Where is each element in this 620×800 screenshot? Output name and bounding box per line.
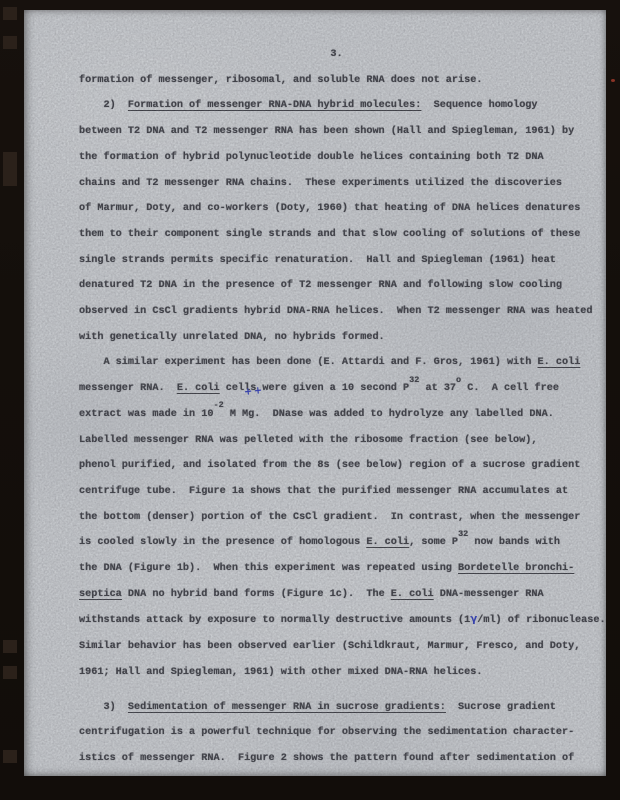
text-line: centrifugation is a powerful technique f…	[79, 720, 594, 746]
text-line: denatured T2 DNA in the presence of T2 m…	[79, 273, 594, 299]
text-line: phenol purified, and isolated from the 8…	[79, 453, 594, 479]
film-edge-mark	[3, 666, 17, 679]
text-line: Similar behavior has been observed earli…	[79, 634, 594, 660]
text-line: centrifuge tube. Figure 1a shows that th…	[79, 479, 594, 505]
text-line: the bottom (denser) portion of the CsCl …	[79, 505, 594, 531]
scanned-document: 3. formation of messenger, ribosomal, an…	[0, 0, 620, 800]
text-line: Labelled messenger RNA was pelleted with…	[79, 428, 594, 454]
text-line: istics of messenger RNA. Figure 2 shows …	[79, 746, 594, 772]
page-number: 3.	[79, 42, 594, 68]
dust-speck	[611, 79, 615, 82]
text-line: between T2 DNA and T2 messenger RNA has …	[79, 119, 594, 145]
text-line: observed in CsCl gradients hybrid DNA-RN…	[79, 299, 594, 325]
text-line: them to their component single strands a…	[79, 222, 594, 248]
text-line: of Marmur, Doty, and co-workers (Doty, 1…	[79, 196, 594, 222]
text-line: the DNA (Figure 1b). When this experimen…	[79, 556, 594, 582]
text-line: single strands permits specific renatura…	[79, 248, 594, 274]
film-edge-mark	[3, 750, 17, 763]
text-line: the formation of hybrid polynucleotide d…	[79, 145, 594, 171]
film-edge-mark	[3, 36, 17, 49]
document-page: 3. formation of messenger, ribosomal, an…	[24, 10, 606, 776]
text-line: formation of messenger, ribosomal, and s…	[79, 68, 594, 94]
text-line: is cooled slowly in the presence of homo…	[79, 530, 594, 556]
page-text: 3. formation of messenger, ribosomal, an…	[79, 42, 594, 772]
text-line: A similar experiment has been done (E. A…	[79, 350, 594, 376]
text-line: messenger RNA. E. coli cells were given …	[79, 376, 594, 402]
text-line: 3) Sedimentation of messenger RNA in suc…	[79, 695, 594, 721]
film-edge-mark	[3, 7, 17, 20]
text-line: with genetically unrelated DNA, no hybri…	[79, 325, 594, 351]
film-edge-mark	[3, 152, 17, 186]
body-text: formation of messenger, ribosomal, and s…	[79, 68, 594, 772]
text-line: chains and T2 messenger RNA chains. Thes…	[79, 171, 594, 197]
text-line: 2) Formation of messenger RNA-DNA hybrid…	[79, 93, 594, 119]
film-edge-mark	[3, 640, 17, 653]
text-line: septica DNA no hybrid band forms (Figure…	[79, 582, 594, 608]
text-line: withstands attack by exposure to normall…	[79, 607, 594, 634]
text-line: extract was made in 10-2 M Mg.++ DNase w…	[79, 402, 594, 428]
text-line: 1961; Hall and Spiegleman, 1961) with ot…	[79, 660, 594, 686]
